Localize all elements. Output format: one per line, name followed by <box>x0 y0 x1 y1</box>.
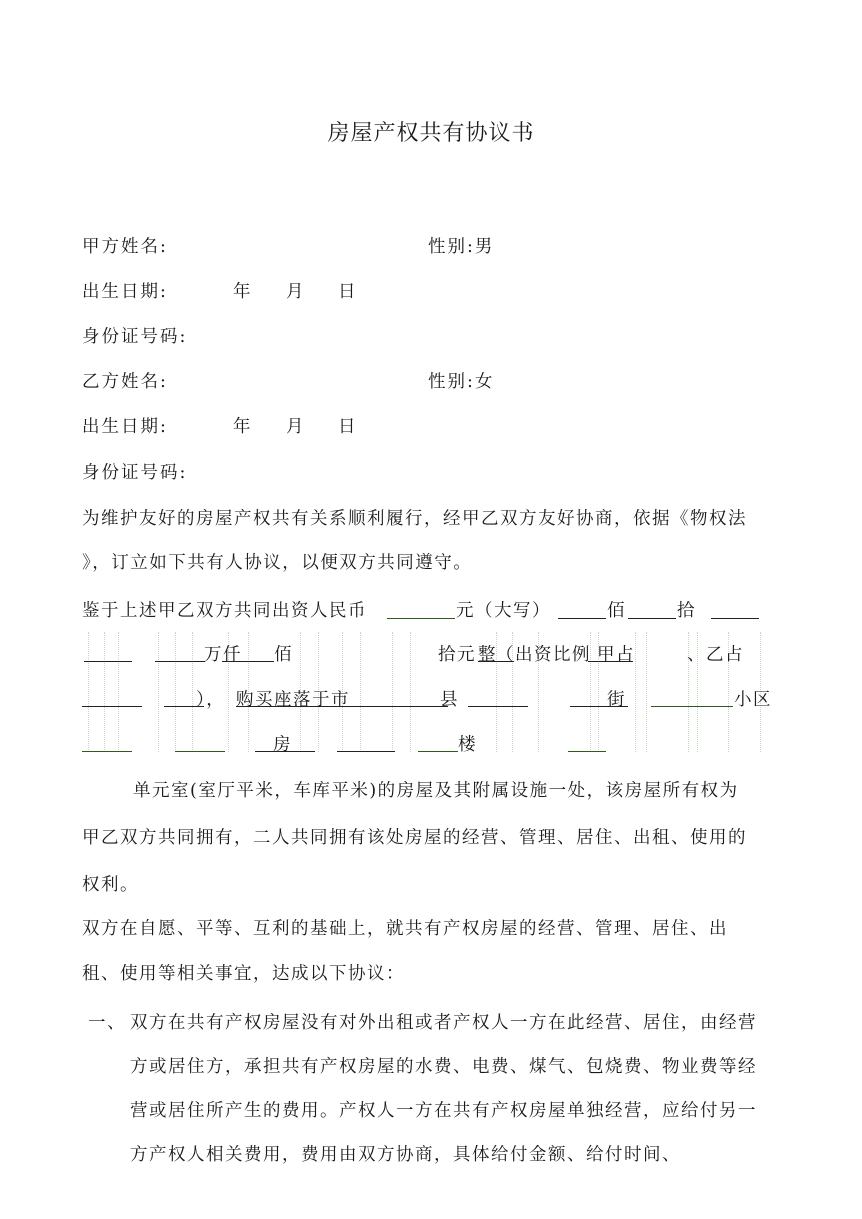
party-b-birth-day: 日 <box>338 413 358 438</box>
party-b-birth-month: 月 <box>286 413 306 438</box>
located-label: 购买座落于市 <box>236 686 350 711</box>
fang-label: 房 <box>273 731 292 756</box>
qian-blank[interactable] <box>222 661 274 662</box>
bai-blank[interactable] <box>558 618 606 619</box>
clause-1-line-1: 双方在共有产权房屋没有对外出租或者产权人一方在此经营、居住，由经营 <box>130 1009 757 1034</box>
county-blank[interactable] <box>468 706 528 707</box>
lou-blank[interactable] <box>418 751 458 752</box>
party-b-birth-label: 出生日期: <box>82 413 168 438</box>
party-a-name-label: 甲方姓名: <box>82 233 168 258</box>
wan-blank-1[interactable] <box>711 618 759 619</box>
grid-dots <box>158 632 159 752</box>
agreement-intro-line-2: 租、使用等相关事宜，达成以下协议： <box>82 960 405 985</box>
xian-label: 县 <box>440 686 459 711</box>
property-line-3: 权利。 <box>82 871 139 896</box>
party-b-birth-year: 年 <box>233 413 253 438</box>
party-a-birth-day: 日 <box>338 278 358 303</box>
community-blank[interactable] <box>651 706 733 707</box>
lou-label: 楼 <box>458 731 477 756</box>
clause-1-line-4: 方产权人相关费用，费用由双方协商，具体给付金额、给付时间、 <box>130 1141 681 1166</box>
preamble-line-1: 为维护友好的房屋产权共有关系顺利履行，经甲乙双方友好协商，依据《物权法 <box>82 505 747 530</box>
document-title: 房屋产权共有协议书 <box>0 116 862 147</box>
shi-yuan-label: 拾元 <box>438 641 476 666</box>
grid-dots <box>118 632 119 752</box>
building-blank-1[interactable] <box>82 751 132 752</box>
wan-blank-3[interactable] <box>155 661 205 662</box>
party-a-birth-month: 月 <box>286 278 306 303</box>
grid-dots <box>104 632 105 752</box>
property-line-2: 甲乙双方共同拥有，二人共同拥有该处房屋的经营、管理、居住、出租、使用的 <box>82 824 747 849</box>
yi-ratio-blank[interactable] <box>82 706 142 707</box>
shi-label: 拾 <box>677 597 696 622</box>
jie-label: 街 <box>607 686 626 711</box>
building-blank-2[interactable] <box>175 751 225 752</box>
party-b-name-label: 乙方姓名: <box>82 368 168 393</box>
unit-blank[interactable] <box>337 751 395 752</box>
amount-blank[interactable] <box>387 618 455 619</box>
party-b-id-label: 身份证号码: <box>82 459 187 484</box>
yi-zhan-label: 、乙占 <box>687 641 744 666</box>
bai2-label: 佰 <box>274 641 293 666</box>
clause-1-line-3: 营或居住所产生的费用。产权人一方在共有产权房屋单独经营，应给付另一 <box>130 1097 757 1122</box>
agreement-intro-line-1: 双方在自愿、平等、互利的基础上，就共有产权房屋的经营、管理、居住、出 <box>82 915 728 940</box>
wan-label: 万 <box>204 641 223 666</box>
city-blank[interactable] <box>236 706 448 707</box>
property-line-1: 单元室(室厅平米，车库平米)的房屋及其附属设施一处，该房屋所有权为 <box>133 777 739 802</box>
yuan-daxie-label: 元（大写） <box>456 597 551 622</box>
room-blank[interactable] <box>568 751 606 752</box>
jia-zhan-label: 甲占 <box>597 641 635 666</box>
clause-1-number: 一、 <box>88 1009 126 1034</box>
investment-lead: 鉴于上述甲乙双方共同出资人民币 <box>82 597 367 622</box>
shi-blank[interactable] <box>628 618 676 619</box>
xiaoqu-label: 小区 <box>734 686 772 711</box>
qian-label: 仟 <box>223 641 242 666</box>
grid-dots <box>635 632 636 752</box>
preamble-line-2: 》，订立如下共有人协议，以便双方共同遵守。 <box>82 549 472 574</box>
grid-dots <box>392 632 393 752</box>
clause-1-line-2: 方或居住方，承担共有产权房屋的水费、电费、煤气、包烧费、物业费等经 <box>130 1053 757 1078</box>
grid-dots <box>646 632 647 752</box>
party-b-gender: 性别:女 <box>428 368 494 393</box>
grid-dots <box>360 632 361 752</box>
ratio-open-label: （出资比例 <box>496 641 591 666</box>
grid-dots <box>88 632 89 752</box>
party-a-id-label: 身份证号码: <box>82 323 187 348</box>
close-paren-label: ）， <box>196 686 225 711</box>
grid-dots <box>175 632 176 752</box>
party-a-gender: 性别:男 <box>428 233 494 258</box>
zheng-label: 整 <box>478 641 497 666</box>
wan-blank-2[interactable] <box>84 661 132 662</box>
bai-label: 佰 <box>607 597 626 622</box>
grid-dots <box>192 632 193 752</box>
party-a-birth-label: 出生日期: <box>82 278 168 303</box>
party-a-birth-year: 年 <box>233 278 253 303</box>
grid-dots <box>410 632 411 752</box>
